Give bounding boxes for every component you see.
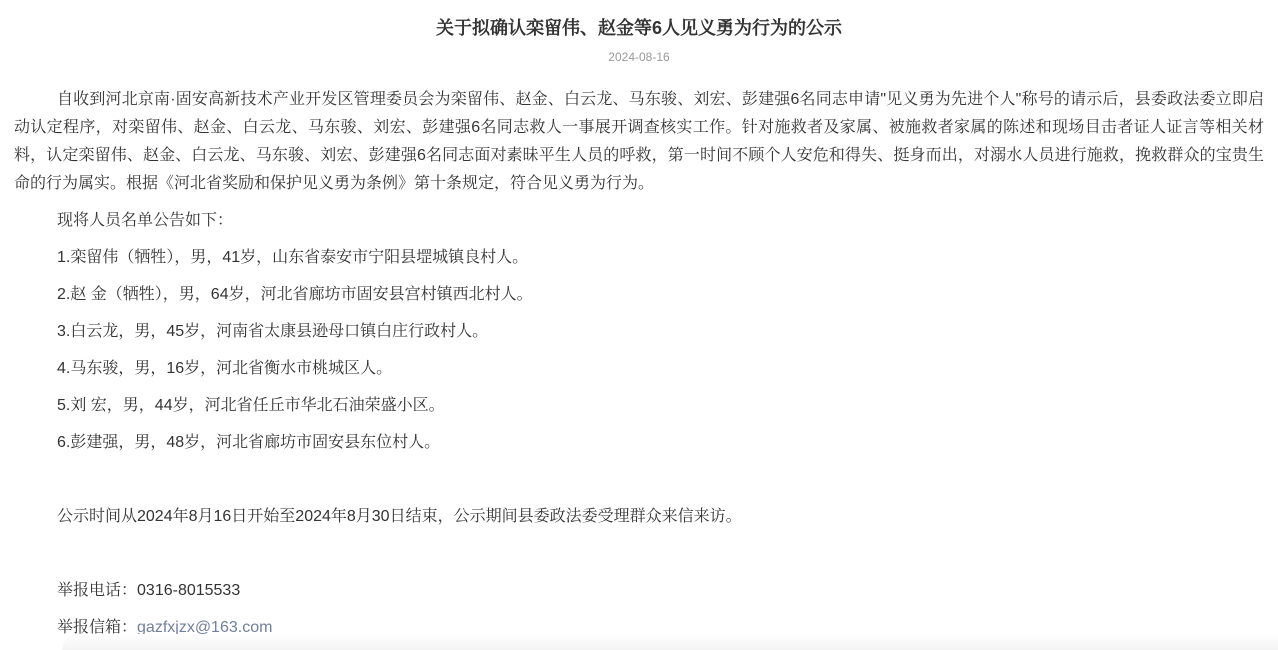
person-item-1: 1.栾留伟（牺牲），男，41岁，山东省泰安市宁阳县堽城镇良村人。: [14, 244, 1264, 272]
notice-period-paragraph: 公示时间从2024年8月16日开始至2024年8月30日结束，公示期间县委政法委…: [14, 503, 1264, 531]
publish-date: 2024-08-16: [0, 50, 1278, 64]
next-section-top-edge: [62, 634, 1278, 650]
report-phone-label: 举报电话：: [57, 582, 137, 599]
announcement-body: 自收到河北京南·固安高新技术产业开发区管理委员会为栾留伟、赵金、白云龙、马东骏、…: [0, 86, 1278, 642]
announcement-page: 关于拟确认栾留伟、赵金等6人见义勇为行为的公示 2024-08-16 自收到河北…: [0, 0, 1278, 650]
blank-line: [14, 466, 1264, 503]
person-item-4: 4.马东骏，男，16岁，河北省衡水市桃城区人。: [14, 355, 1264, 383]
list-intro: 现将人员名单公告如下：: [14, 207, 1264, 235]
person-item-3: 3.白云龙，男，45岁，河南省太康县逊母口镇白庄行政村人。: [14, 318, 1264, 346]
person-item-5: 5.刘 宏，男，44岁，河北省任丘市华北石油荣盛小区。: [14, 392, 1264, 420]
blank-line: [14, 540, 1264, 577]
report-phone-number: 0316-8015533: [137, 582, 240, 599]
person-item-2: 2.赵 金（牺牲），男，64岁，河北省廊坊市固安县宫村镇西北村人。: [14, 281, 1264, 309]
report-phone-row: 举报电话：0316-8015533: [14, 577, 1264, 605]
intro-paragraph: 自收到河北京南·固安高新技术产业开发区管理委员会为栾留伟、赵金、白云龙、马东骏、…: [14, 86, 1264, 198]
person-item-6: 6.彭建强，男，48岁，河北省廊坊市固安县东位村人。: [14, 429, 1264, 457]
page-title: 关于拟确认栾留伟、赵金等6人见义勇为行为的公示: [14, 16, 1264, 41]
